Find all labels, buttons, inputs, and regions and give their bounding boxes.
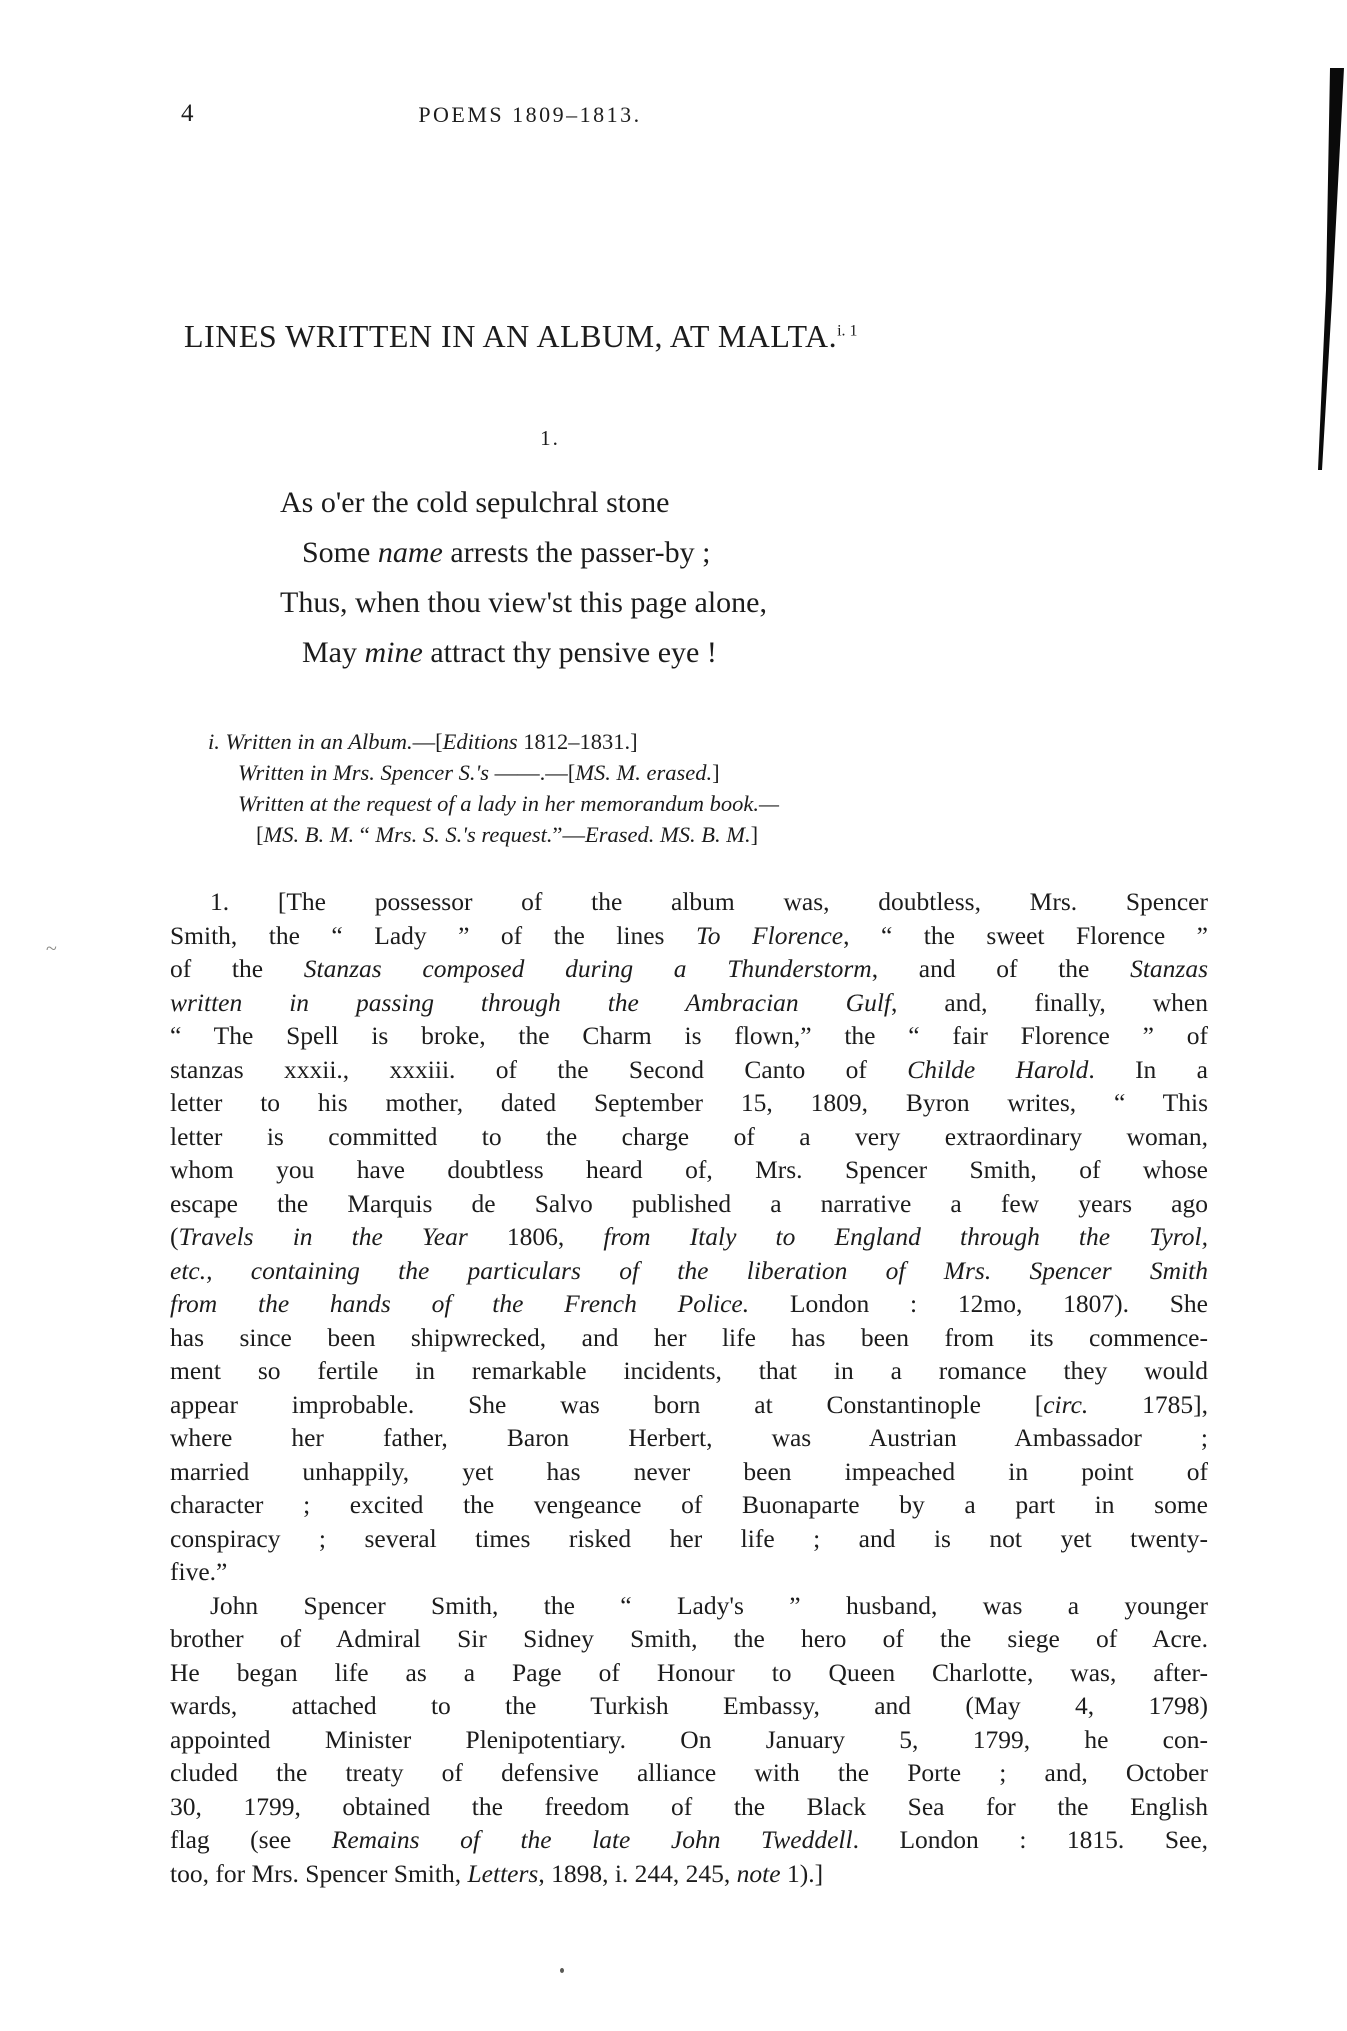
text-line: brother of Admiral Sir Sidney Smith, the… (170, 1622, 1208, 1656)
footnote-paragraph-2: John Spencer Smith, the “ Lady's ” husba… (170, 1589, 1208, 1891)
text-line: stanzas xxxii., xxxiii. of the Second Ca… (170, 1053, 1208, 1087)
scan-speck (560, 1968, 564, 1973)
text-line: escape the Marquis de Salvo published a … (170, 1187, 1208, 1221)
text-line: appear improbable. She was born at Const… (170, 1388, 1208, 1422)
stanza-number: 1. (170, 426, 930, 451)
variant-apparatus-note: i. Written in an Album.—[Editions 1812–1… (208, 726, 779, 850)
text-line: [MS. B. M. “ Mrs. S. S.'s request.”—Eras… (208, 819, 779, 850)
text-line: cluded the treaty of defensive alliance … (170, 1756, 1208, 1790)
running-title: POEMS 1809–1813. (270, 102, 790, 128)
text-line: i. Written in an Album.—[Editions 1812–1… (208, 726, 779, 757)
text-line: written in passing through the Ambracian… (170, 986, 1208, 1020)
text-line: (Travels in the Year 1806, from Italy to… (170, 1220, 1208, 1254)
text-line: letter is committed to the charge of a v… (170, 1120, 1208, 1154)
text-line: Written in Mrs. Spencer S.'s ——.—[MS. M.… (208, 757, 779, 788)
text-line: conspiracy ; several times risked her li… (170, 1522, 1208, 1556)
text-line: “ The Spell is broke, the Charm is flown… (170, 1019, 1208, 1053)
footnote-block: 1. [The possessor of the album was, doub… (170, 885, 1208, 1890)
text-line: too, for Mrs. Spencer Smith, Letters, 18… (170, 1857, 1208, 1891)
text-line: As o'er the cold sepulchral stone (280, 478, 767, 528)
text-line: 1. [The possessor of the album was, doub… (170, 885, 1208, 919)
text-line: married unhappily, yet has never been im… (170, 1455, 1208, 1489)
text-line: appointed Minister Plenipotentiary. On J… (170, 1723, 1208, 1757)
page-number: 4 (181, 100, 194, 128)
text-line: John Spencer Smith, the “ Lady's ” husba… (170, 1589, 1208, 1623)
text-line: Some name arrests the passer-by ; (280, 528, 767, 578)
book-page-scan: 4 POEMS 1809–1813. LINES WRITTEN IN AN A… (0, 0, 1347, 2031)
text-line: etc., containing the particulars of the … (170, 1254, 1208, 1288)
text-line: ment so fertile in remarkable incidents,… (170, 1354, 1208, 1388)
poem-title-note-ref: i. 1 (837, 322, 857, 339)
margin-mark: ~ (46, 938, 57, 961)
text-line: character ; excited the vengeance of Buo… (170, 1488, 1208, 1522)
text-line: five.” (170, 1555, 1208, 1589)
poem-title: LINES WRITTEN IN AN ALBUM, AT MALTA.i. 1 (184, 318, 858, 355)
text-line: where her father, Baron Herbert, was Aus… (170, 1421, 1208, 1455)
text-line: May mine attract thy pensive eye ! (280, 628, 767, 678)
text-line: flag (see Remains of the late John Twedd… (170, 1823, 1208, 1857)
footnote-paragraph-1: 1. [The possessor of the album was, doub… (170, 885, 1208, 1589)
text-line: He began life as a Page of Honour to Que… (170, 1656, 1208, 1690)
text-line: wards, attached to the Turkish Embassy, … (170, 1689, 1208, 1723)
text-line: 30, 1799, obtained the freedom of the Bl… (170, 1790, 1208, 1824)
text-line: from the hands of the French Police. Lon… (170, 1287, 1208, 1321)
text-line: Written at the request of a lady in her … (208, 788, 779, 819)
text-line: Smith, the “ Lady ” of the lines To Flor… (170, 919, 1208, 953)
text-line: of the Stanzas composed during a Thunder… (170, 952, 1208, 986)
poem-stanza: As o'er the cold sepulchral stoneSome na… (280, 478, 767, 678)
text-line: whom you have doubtless heard of, Mrs. S… (170, 1153, 1208, 1187)
text-line: Thus, when thou view'st this page alone, (280, 578, 767, 628)
poem-title-text: LINES WRITTEN IN AN ALBUM, AT MALTA. (184, 318, 837, 354)
text-line: letter to his mother, dated September 15… (170, 1086, 1208, 1120)
text-line: has since been shipwrecked, and her life… (170, 1321, 1208, 1355)
